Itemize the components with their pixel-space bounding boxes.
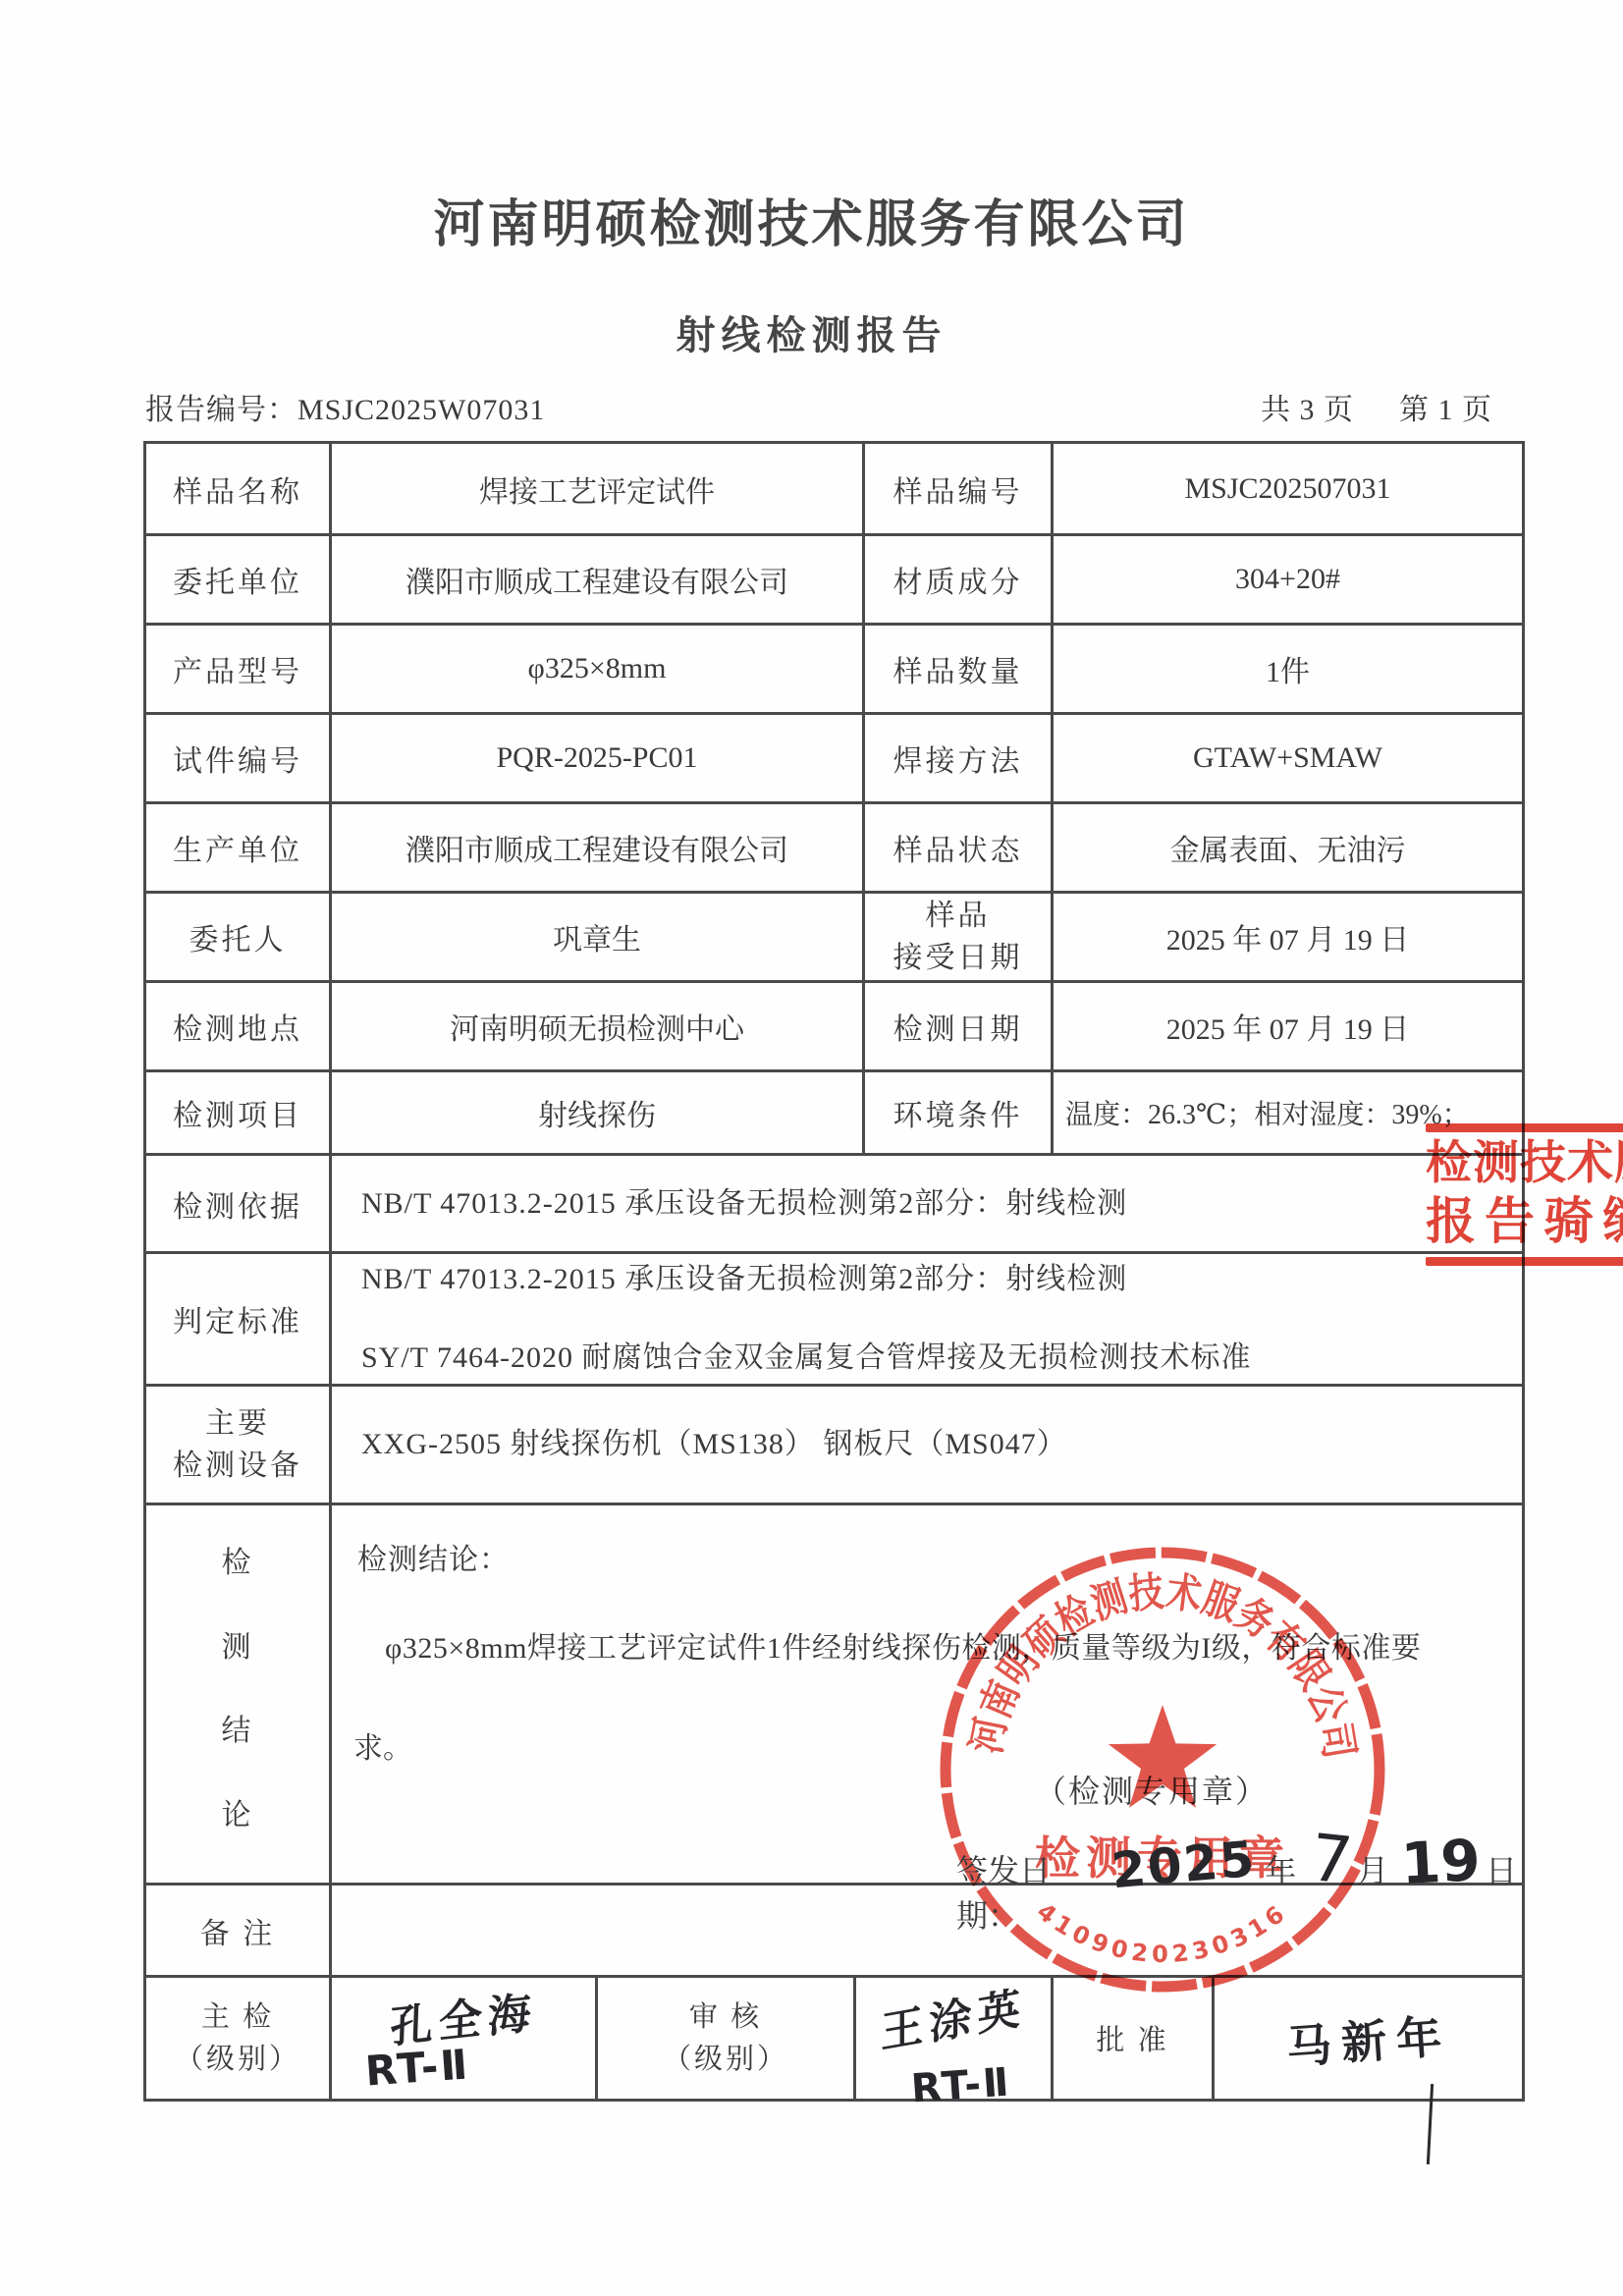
row-value: XXG-2505 射线探伤机（MS138） 钢板尺（MS047） [329,1387,1522,1503]
handwritten-month: 7 [1307,1820,1356,1899]
issue-date-label: 签发日期： [956,1846,1108,1937]
stamp-border-bar [1426,1257,1623,1266]
day-unit: 日 [1486,1846,1517,1891]
standard-line: NB/T 47013.2-2015 承压设备无损检测第2部分：射线检测 [361,1186,1127,1222]
row-value: 射线探伤 [329,1072,862,1153]
row-value: MSJC202507031 [1051,444,1522,533]
row-label: 生产单位 [146,804,329,891]
row-value: 濮阳市顺成工程建设有限公司 [329,536,862,623]
table-row: 判定标准 NB/T 47013.2-2015 承压设备无损检测第2部分：射线检测… [146,1251,1522,1384]
table-row: 委托人 巩章生 样品 接受日期 2025 年 07 月 19 日 [146,891,1522,980]
conclusion-label: 检 测 结 论 [146,1505,329,1883]
certification-level-handwriting: RT-Ⅱ [910,2059,1012,2111]
paging-seal-line1: 检测技术服 [1426,1135,1623,1193]
row-value: 焊接工艺评定试件 [329,444,862,533]
report-number-value: MSJC2025W07031 [298,394,545,426]
issue-date-line: 签发日期： 2025 年 7 月 19 日 [956,1822,1522,1937]
chief-inspector-label: 主 检 （级别） [146,1978,329,2099]
row-value: 2025 年 07 月 19 日 [1051,983,1522,1069]
row-label: 备 注 [146,1886,329,1975]
row-label: 检测地点 [146,983,329,1069]
row-label: 检测日期 [862,983,1051,1069]
table-row: 主要 检测设备 XXG-2505 射线探伤机（MS138） 钢板尺（MS047） [146,1384,1522,1503]
row-label: 焊接方法 [862,715,1051,801]
standard-line: SY/T 7464-2020 耐腐蚀合金双金属复合管焊接及无损检测技术标准 [361,1340,1251,1376]
row-label: 材质成分 [862,536,1051,623]
row-value: 304+20# [1051,536,1522,623]
row-value: NB/T 47013.2-2015 承压设备无损检测第2部分：射线检测 [329,1156,1522,1251]
table-row: 检测项目 射线探伤 环境条件 温度：26.3℃；相对湿度：39%； [146,1069,1522,1153]
month-unit: 月 [1357,1846,1388,1891]
reviewer-label-text: 审 核 （级别） [663,1996,788,2079]
table-row: 生产单位 濮阳市顺成工程建设有限公司 样品状态 金属表面、无油污 [146,801,1522,891]
report-page: 河南明硕检测技术服务有限公司 射线检测报告 报告编号：MSJC2025W0703… [0,0,1623,2296]
row-value: φ325×8mm [329,626,862,712]
row-label: 委托单位 [146,536,329,623]
row-value: PQR-2025-PC01 [329,715,862,801]
pages-current: 第 1 页 [1399,385,1492,428]
star-icon [1109,1705,1217,1808]
row-value: 金属表面、无油污 [1051,804,1522,891]
paging-seal-stamp: 检测技术服 报告骑缝 [1426,1123,1623,1266]
year-unit: 年 [1265,1846,1296,1891]
table-row: 委托单位 濮阳市顺成工程建设有限公司 材质成分 304+20# [146,533,1522,623]
row-label: 样品名称 [146,444,329,533]
table-row: 产品型号 φ325×8mm 样品数量 1件 [146,623,1522,712]
page-title: 射线检测报告 [0,304,1623,360]
handwritten-year: 2025 [1109,1831,1259,1900]
table-row: 检测地点 河南明硕无损检测中心 检测日期 2025 年 07 月 19 日 [146,980,1522,1069]
report-meta: 报告编号：MSJC2025W07031 共 3 页 第 1 页 [145,385,1492,428]
row-label: 检测项目 [146,1072,329,1153]
row-label: 检测依据 [146,1156,329,1251]
table-row: 检测依据 NB/T 47013.2-2015 承压设备无损检测第2部分：射线检测 [146,1153,1522,1251]
row-value: 河南明硕无损检测中心 [329,983,862,1069]
row-label: 判定标准 [146,1254,329,1384]
certification-level-handwriting: RT-Ⅱ [363,2040,470,2095]
row-value: 巩章生 [329,894,862,980]
row-value: 2025 年 07 月 19 日 [1051,894,1522,980]
equipment-line: XXG-2505 射线探伤机（MS138） 钢板尺（MS047） [361,1427,1067,1462]
chief-inspector-signature: 孔全海 RT-Ⅱ [329,1978,595,2099]
table-row: 试件编号 PQR-2025-PC01 焊接方法 GTAW+SMAW [146,712,1522,801]
row-label: 样品编号 [862,444,1051,533]
row-label-text: 主要 检测设备 [173,1402,302,1488]
pages-total: 共 3 页 [1261,385,1354,428]
standard-line: NB/T 47013.2-2015 承压设备无损检测第2部分：射线检测 [361,1262,1127,1297]
row-label: 委托人 [146,894,329,980]
row-label: 环境条件 [862,1072,1051,1153]
row-value: 1件 [1051,626,1522,712]
row-value: 濮阳市顺成工程建设有限公司 [329,804,862,891]
row-label: 试件编号 [146,715,329,801]
report-number-label: 报告编号： [145,394,298,426]
row-label: 样品数量 [862,626,1051,712]
table-row: 样品名称 焊接工艺评定试件 样品编号 MSJC202507031 [146,444,1522,533]
handwritten-day: 19 [1400,1827,1483,1897]
row-label-text: 样品 接受日期 [893,895,1023,980]
chief-inspector-label-text: 主 检 （级别） [175,1996,300,2079]
reviewer-label: 审 核 （级别） [595,1978,853,2099]
report-number: 报告编号：MSJC2025W07031 [145,385,545,428]
row-label: 样品 接受日期 [862,894,1051,980]
row-label: 产品型号 [146,626,329,712]
row-label: 主要 检测设备 [146,1387,329,1503]
row-value: GTAW+SMAW [1051,715,1522,801]
row-label: 样品状态 [862,804,1051,891]
paging-seal-line2: 报告骑缝 [1426,1193,1623,1253]
report-table: 样品名称 焊接工艺评定试件 样品编号 MSJC202507031 委托单位 濮阳… [143,441,1525,2102]
row-value: NB/T 47013.2-2015 承压设备无损检测第2部分：射线检测 SY/T… [329,1254,1522,1384]
signature-handwriting: 马新年 [1283,2000,1452,2077]
page-indicator: 共 3 页 第 1 页 [1261,385,1492,428]
stamp-border-bar [1426,1123,1623,1132]
company-title: 河南明硕检测技术服务有限公司 [0,183,1623,256]
